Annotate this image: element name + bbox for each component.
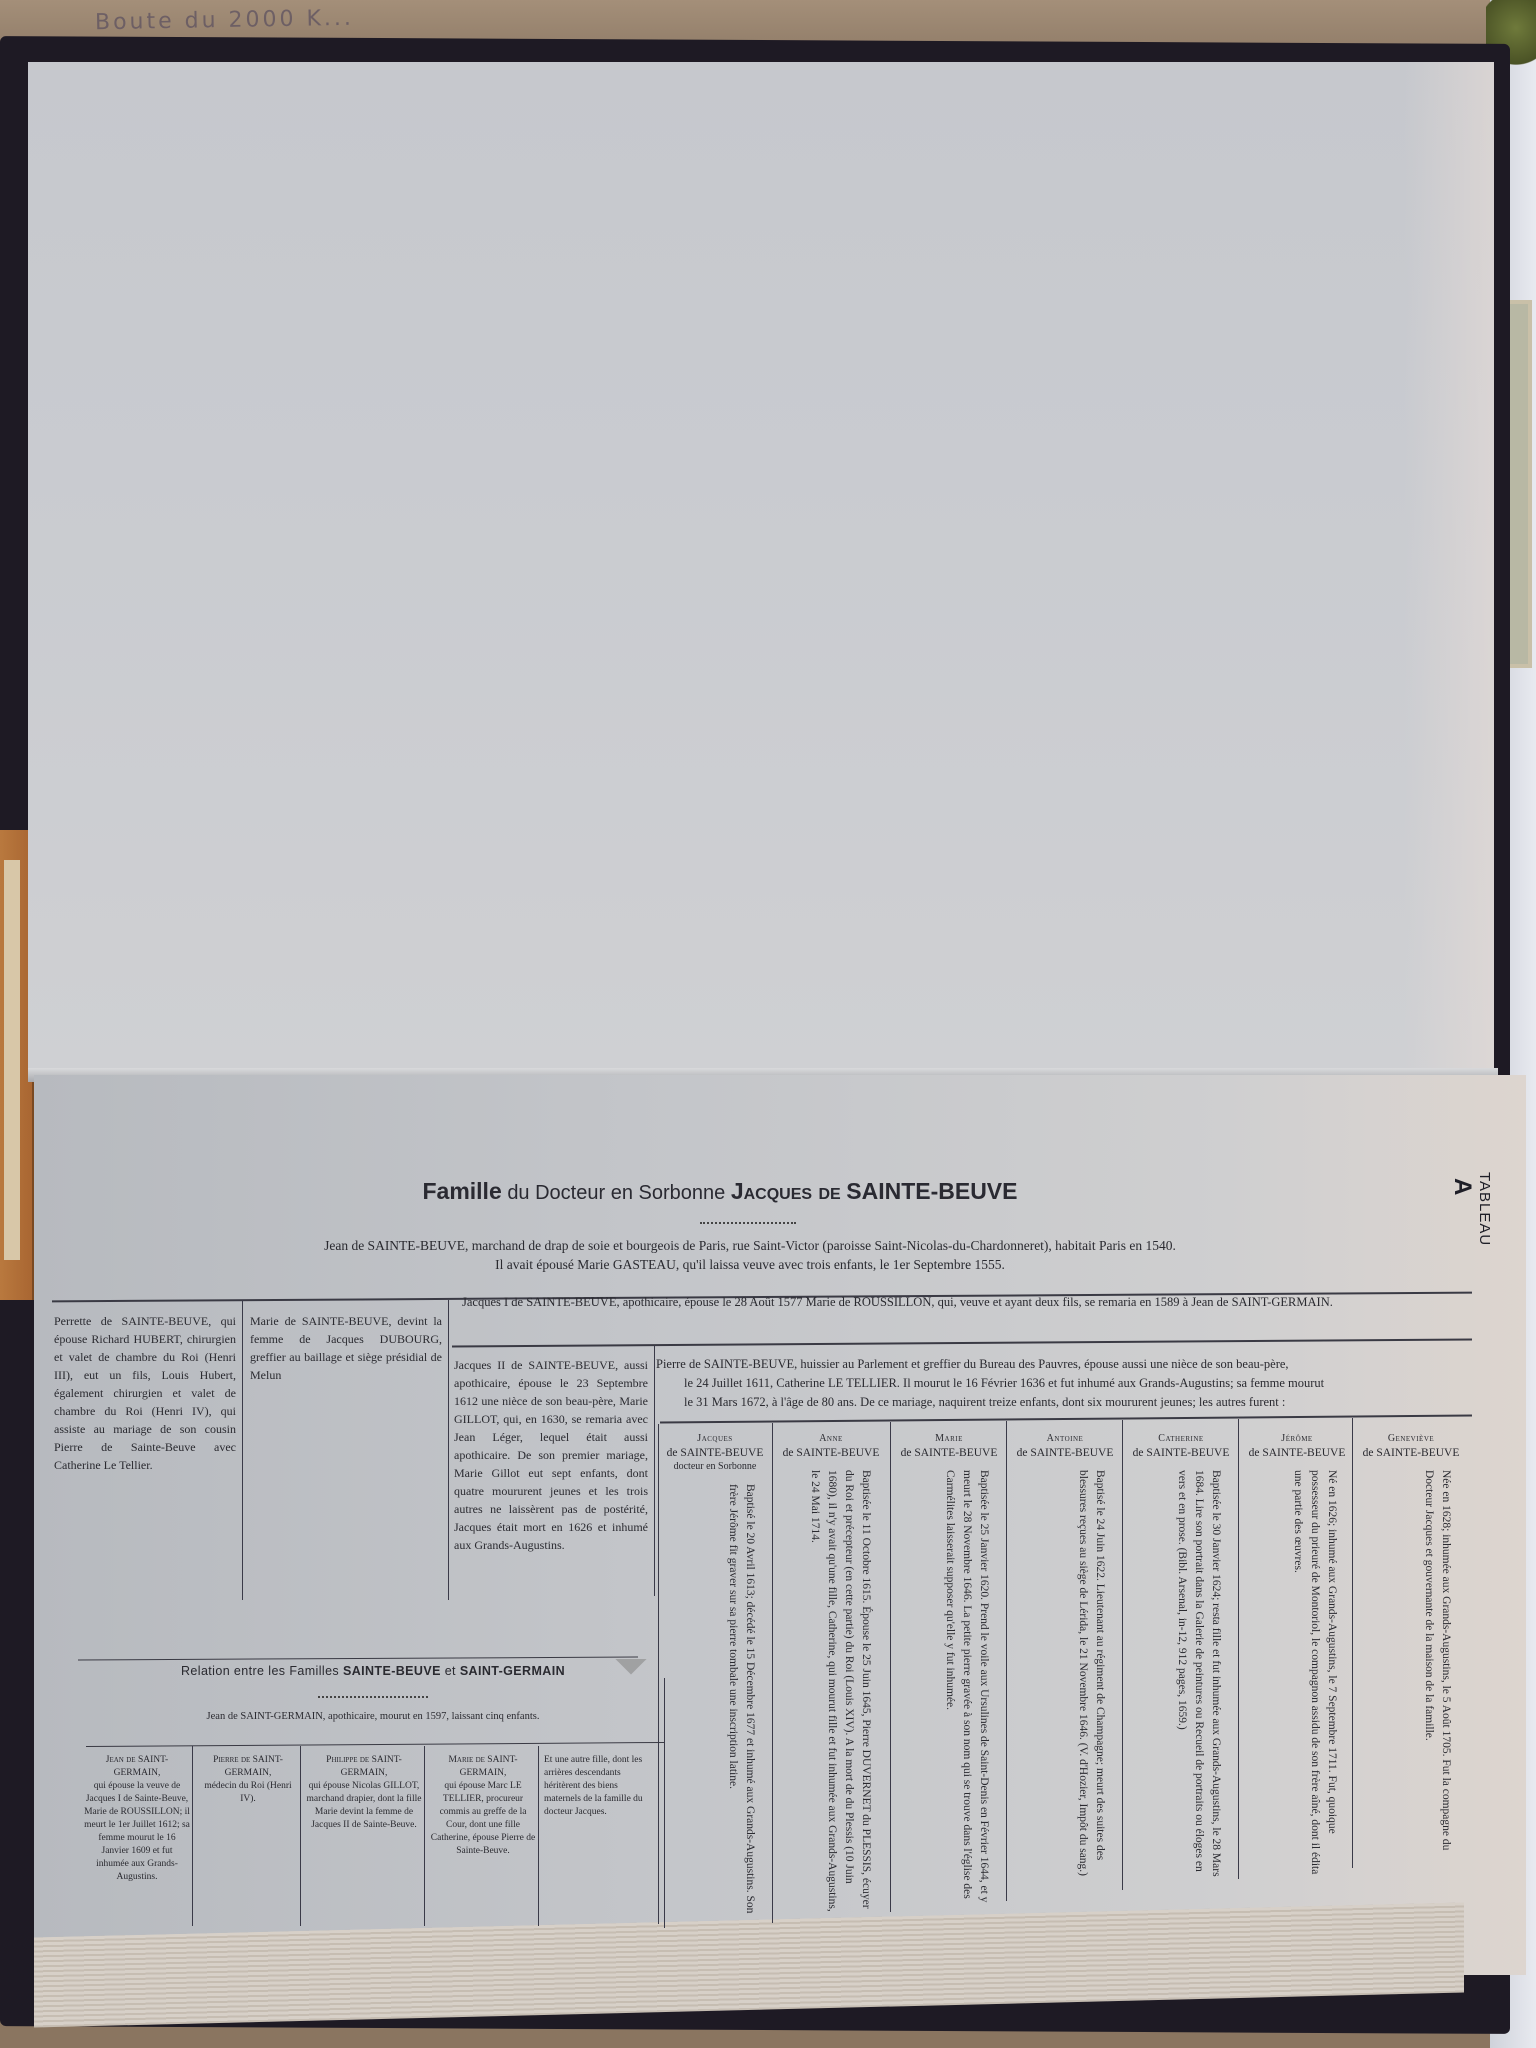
relation-child-entry: Marie de SAINT-GERMAIN,qui épouse Marc L… [430,1754,536,1858]
child-entry: Baptisée le 30 Janvier 1624; resta fille… [1138,1470,1224,1888]
column-divider [300,1746,301,1926]
child-entry: Baptisée le 25 Janvier 1620. Prend le vo… [906,1470,992,1904]
relation-child-entry: Pierre de SAINT-GERMAIN,médecin du Roi (… [198,1754,298,1806]
child-entry: Née en 1628; inhumée aux Grands-Augustin… [1368,1470,1454,1872]
child-entry: Né en 1626; inhumé aux Grands-Augustins,… [1254,1470,1340,1880]
column-divider [424,1746,425,1926]
child-entry: Baptisé le 24 Juin 1622. Lieutenant au r… [1022,1470,1108,1896]
blank-page [28,62,1494,1072]
relation-title: Relation entre les Familles SAINTE-BEUVE… [138,1664,608,1678]
tableau-label: TABLEAUA [1448,1172,1493,1246]
column-divider [654,1346,655,1596]
relation-child-entry: Jean de SAINT-GERMAIN,qui épouse la veuv… [84,1754,190,1884]
child-header: Antoinede SAINTE-BEUVE [1008,1432,1122,1460]
child-entry: Baptisée le 11 Octobre 1615. Épouse le 2… [788,1470,874,1912]
column-divider [242,1300,243,1600]
column-divider [192,1746,193,1926]
perrette-entry: Perrette de SAINTE-BEUVE, qui épouse Ric… [54,1312,236,1474]
title-ornament [700,1222,796,1227]
column-divider [772,1423,773,1923]
relation-box: Relation entre les Familles SAINTE-BEUVE… [78,1648,668,1938]
child-entry: Baptisé le 20 Avril 1613; décédé le 15 D… [672,1484,758,1934]
child-header: Catherinede SAINTE-BEUVE [1124,1432,1238,1460]
intro-paragraph: Jean de SAINTE-BEUVE, marchand de drap d… [210,1236,1290,1274]
child-header: Mariede SAINTE-BEUVE [892,1432,1006,1460]
column-divider [890,1422,891,1912]
column-divider [1352,1418,1353,1868]
relation-child-entry: Philippe de SAINT-GERMAIN,qui épouse Nic… [306,1754,422,1832]
jacques-i-entry: Jacques I de SAINTE-BEUVE, apothicaire, … [462,1295,1472,1310]
column-divider [1122,1420,1123,1890]
page-title: Famille du Docteur en Sorbonne Jacques d… [0,1178,1440,1205]
child-header: Genevièvede SAINTE-BEUVE [1354,1432,1468,1460]
column-divider [448,1300,449,1600]
child-header: Jacquesde SAINTE-BEUVEdocteur en Sorbonn… [658,1432,772,1474]
child-header: Jérômede SAINTE-BEUVE [1240,1432,1354,1460]
relation-subtitle: Jean de SAINT-GERMAIN, apothicaire, mour… [138,1711,608,1722]
pierre-entry: Pierre de SAINTE-BEUVE, huissier au Parl… [656,1355,1476,1412]
column-divider [1006,1421,1007,1901]
relation-child-entry: Et une autre fille, dont les arrières de… [544,1754,656,1819]
relation-ornament [318,1696,428,1698]
handwritten-note: Boute du 2000 K... [95,6,354,36]
jacques-ii-entry: Jacques II de SAINTE-BEUVE, aussi apothi… [454,1356,648,1554]
marie-entry: Marie de SAINTE-BEUVE, devint la femme d… [250,1312,442,1384]
folded-corner-icon [615,1643,646,1674]
column-divider [538,1746,539,1926]
child-header: Annede SAINTE-BEUVE [774,1432,888,1460]
column-divider [1238,1419,1239,1879]
